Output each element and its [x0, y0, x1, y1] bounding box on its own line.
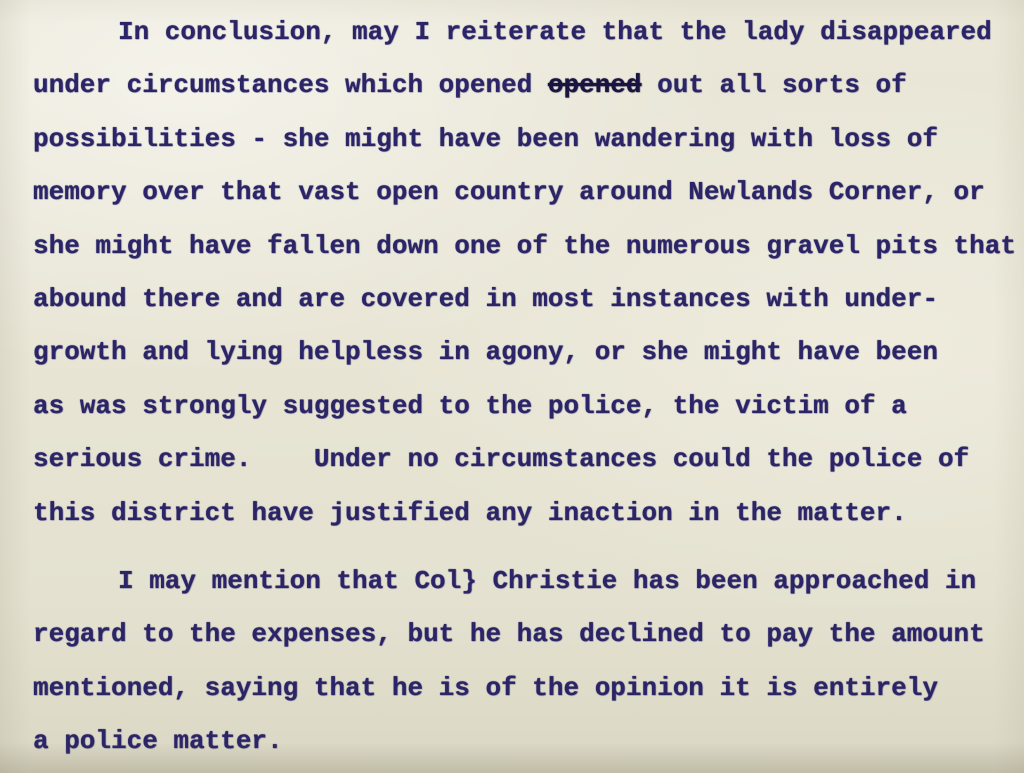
letter-line-2-post: out all sorts of — [642, 70, 907, 100]
letter-line-4: memory over that vast open country aroun… — [33, 166, 1024, 219]
letter-line-6: abound there and are covered in most ins… — [33, 273, 1024, 326]
letter-line-1: In conclusion, may I reiterate that the … — [33, 6, 1024, 59]
letter-line-9: serious crime. Under no circumstances co… — [33, 433, 1024, 486]
letter-line-5: she might have fallen down one of the nu… — [33, 220, 1024, 273]
letter-line-11: I may mention that Col} Christie has bee… — [33, 555, 1024, 608]
letter-line-10: this district have justified any inactio… — [33, 487, 1024, 540]
letter-line-13: mentioned, saying that he is of the opin… — [33, 662, 1024, 715]
letter-line-7: growth and lying helpless in agony, or s… — [33, 326, 1024, 379]
letter-line-2: under circumstances which opened opened … — [33, 59, 1024, 112]
struck-word: opened — [548, 70, 642, 100]
letter-line-8: as was strongly suggested to the police,… — [33, 380, 1024, 433]
letter-line-3: possibilities - she might have been wand… — [33, 113, 1024, 166]
letter-line-14: a police matter. — [33, 715, 1024, 768]
typewritten-letter-page: In conclusion, may I reiterate that the … — [0, 0, 1024, 773]
letter-line-12: regard to the expenses, but he has decli… — [33, 608, 1024, 661]
letter-line-2-pre: under circumstances which opened — [33, 70, 548, 100]
